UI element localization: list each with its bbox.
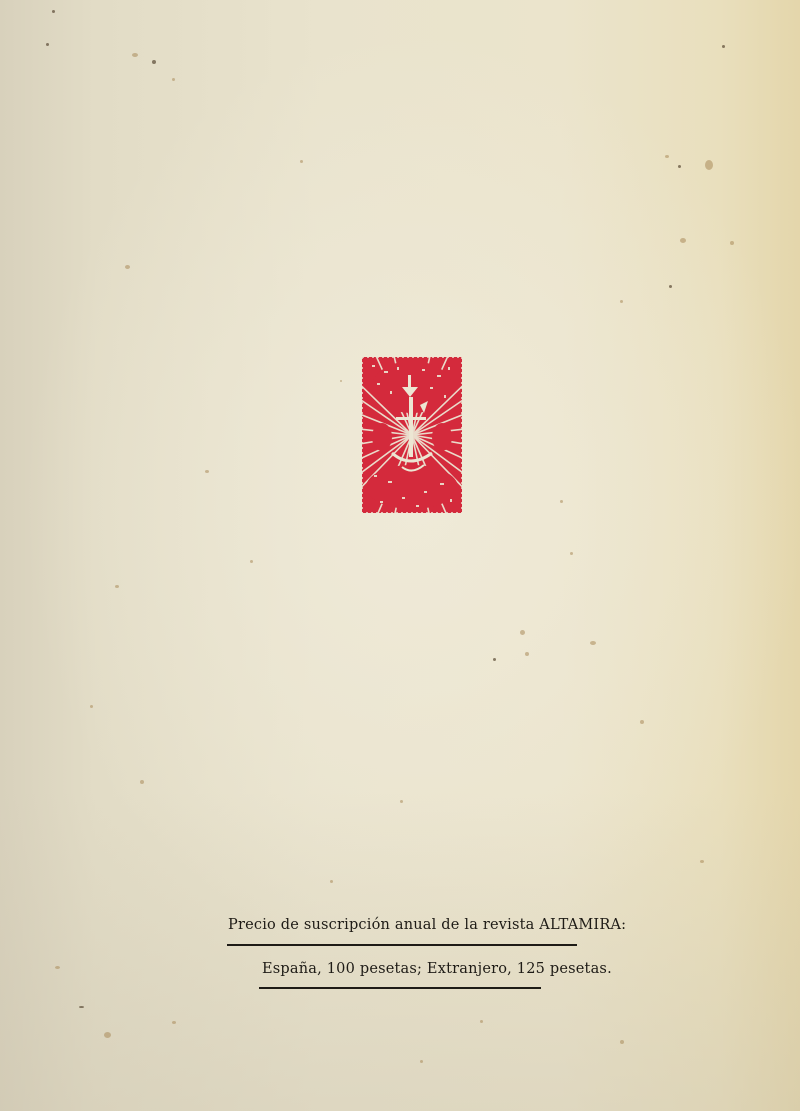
subscription-heading: Precio de suscripción anual de la revist… — [228, 917, 576, 933]
heading-underline — [227, 944, 577, 946]
paper-aging-shade — [0, 791, 800, 1111]
prices-underline — [259, 987, 541, 989]
subscription-prices: España, 100 pesetas; Extranjero, 125 pes… — [262, 961, 538, 977]
document-page: Precio de suscripción anual de la revist… — [0, 0, 800, 1111]
woodcut-cross-emblem-icon — [362, 357, 462, 513]
